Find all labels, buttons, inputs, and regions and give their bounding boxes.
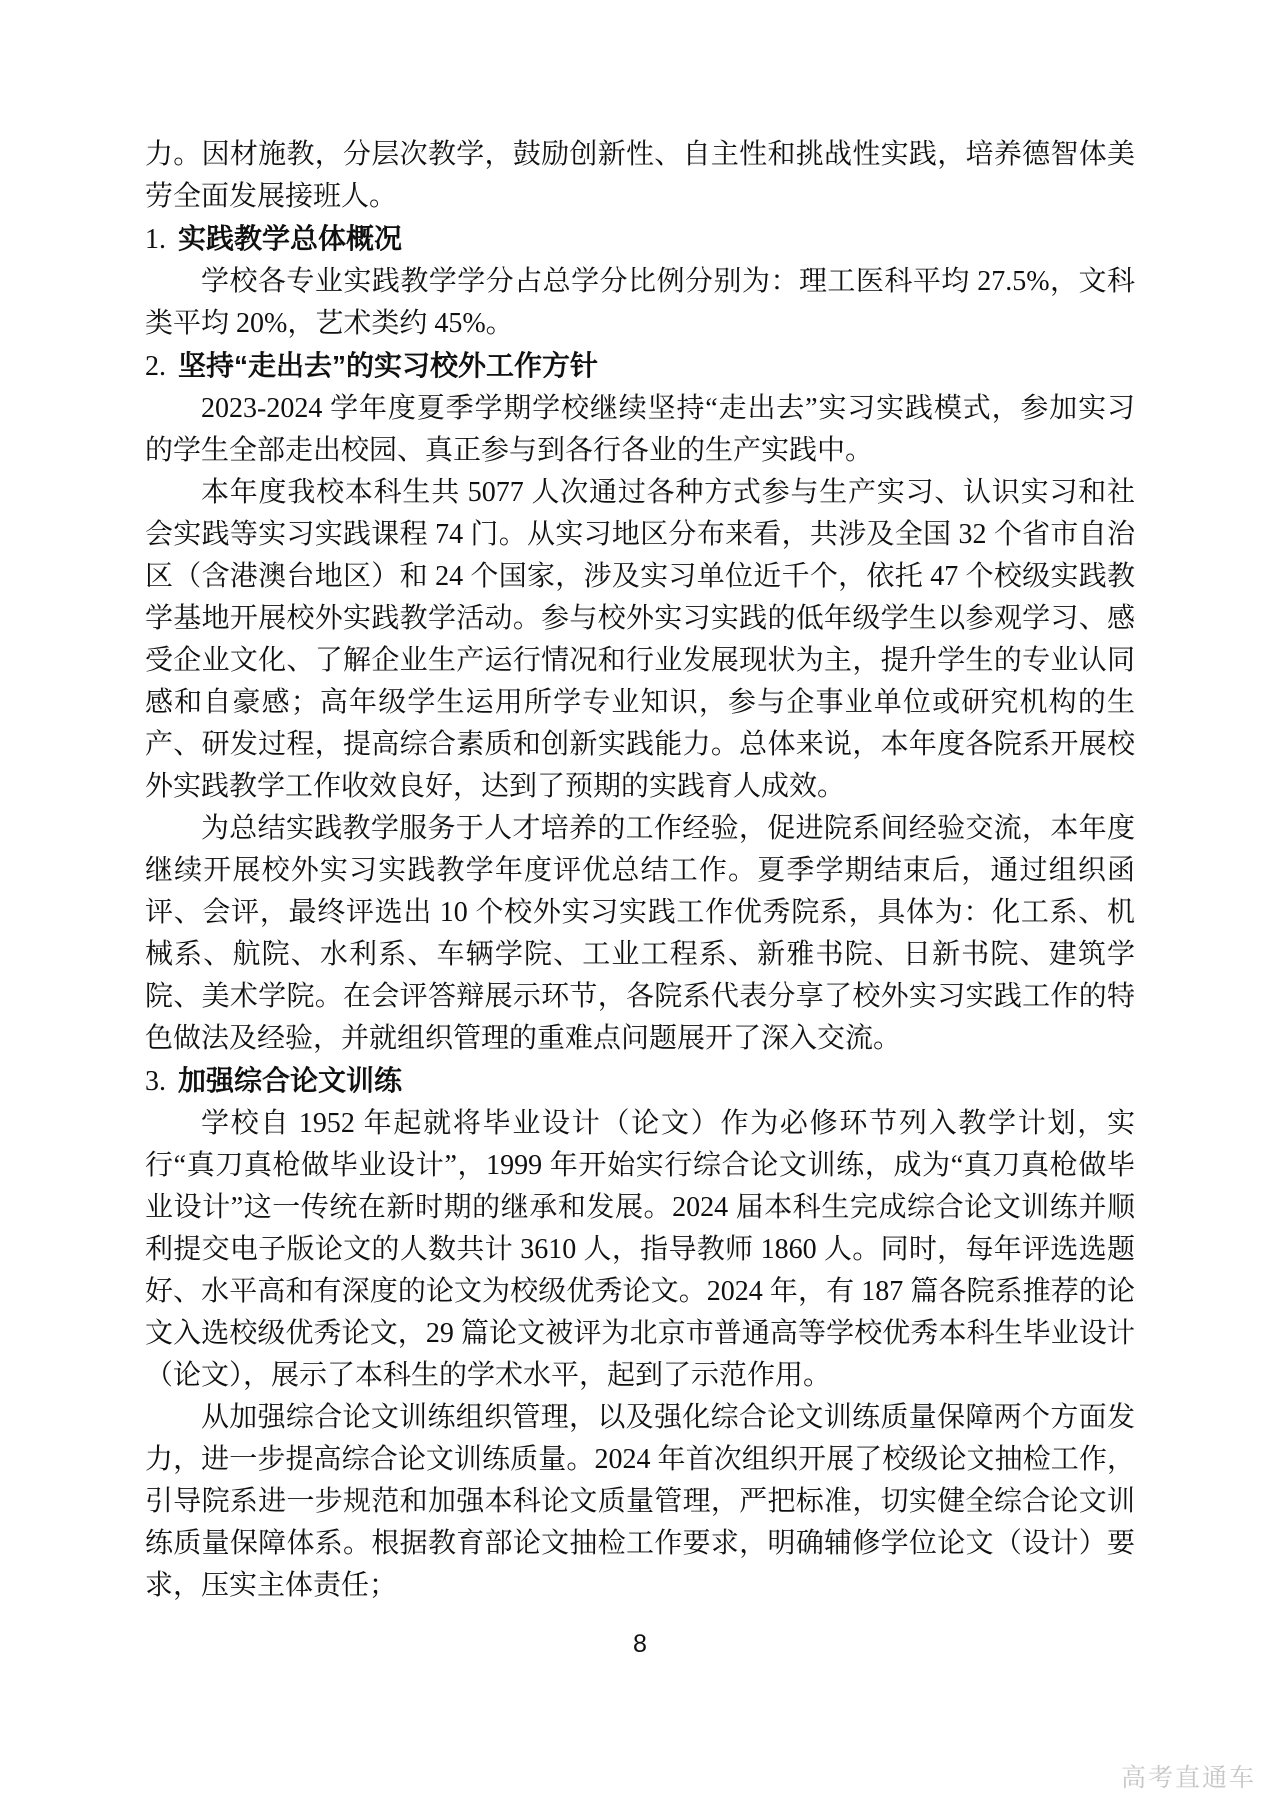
paragraph: 本年度我校本科生共 5077 人次通过各种方式参与生产实习、认识实习和社会实践等… <box>145 472 1135 808</box>
heading-text: 实践教学总体概况 <box>178 223 402 254</box>
document-content: 力。因材施教，分层次教学，鼓励创新性、自主性和挑战性实践，培养德智体美劳全面发展… <box>145 134 1135 1607</box>
section-heading-3: 3.加强综合论文训练 <box>145 1060 1135 1103</box>
section-heading-2: 2.坚持“走出去”的实习校外工作方针 <box>145 345 1135 388</box>
heading-text: 坚持“走出去”的实习校外工作方针 <box>178 350 598 381</box>
paragraph-continuation: 力。因材施教，分层次教学，鼓励创新性、自主性和挑战性实践，培养德智体美劳全面发展… <box>145 134 1135 218</box>
paragraph: 为总结实践教学服务于人才培养的工作经验，促进院系间经验交流，本年度继续开展校外实… <box>145 808 1135 1060</box>
paragraph: 学校各专业实践教学学分占总学分比例分别为：理工医科平均 27.5%，文科类平均 … <box>145 261 1135 345</box>
heading-number: 2. <box>145 351 166 382</box>
heading-number: 1. <box>145 224 166 255</box>
section-heading-1: 1.实践教学总体概况 <box>145 218 1135 261</box>
paragraph: 学校自 1952 年起就将毕业设计（论文）作为必修环节列入教学计划，实行“真刀真… <box>145 1103 1135 1397</box>
paragraph: 从加强综合论文训练组织管理，以及强化综合论文训练质量保障两个方面发力，进一步提高… <box>145 1397 1135 1607</box>
watermark: 高考直通车 <box>1121 1758 1256 1794</box>
heading-text: 加强综合论文训练 <box>178 1065 402 1096</box>
page-number: 8 <box>0 1630 1280 1659</box>
paragraph: 2023-2024 学年度夏季学期学校继续坚持“走出去”实习实践模式，参加实习的… <box>145 388 1135 472</box>
document-page: 力。因材施教，分层次教学，鼓励创新性、自主性和挑战性实践，培养德智体美劳全面发展… <box>0 0 1280 1810</box>
heading-number: 3. <box>145 1066 166 1097</box>
